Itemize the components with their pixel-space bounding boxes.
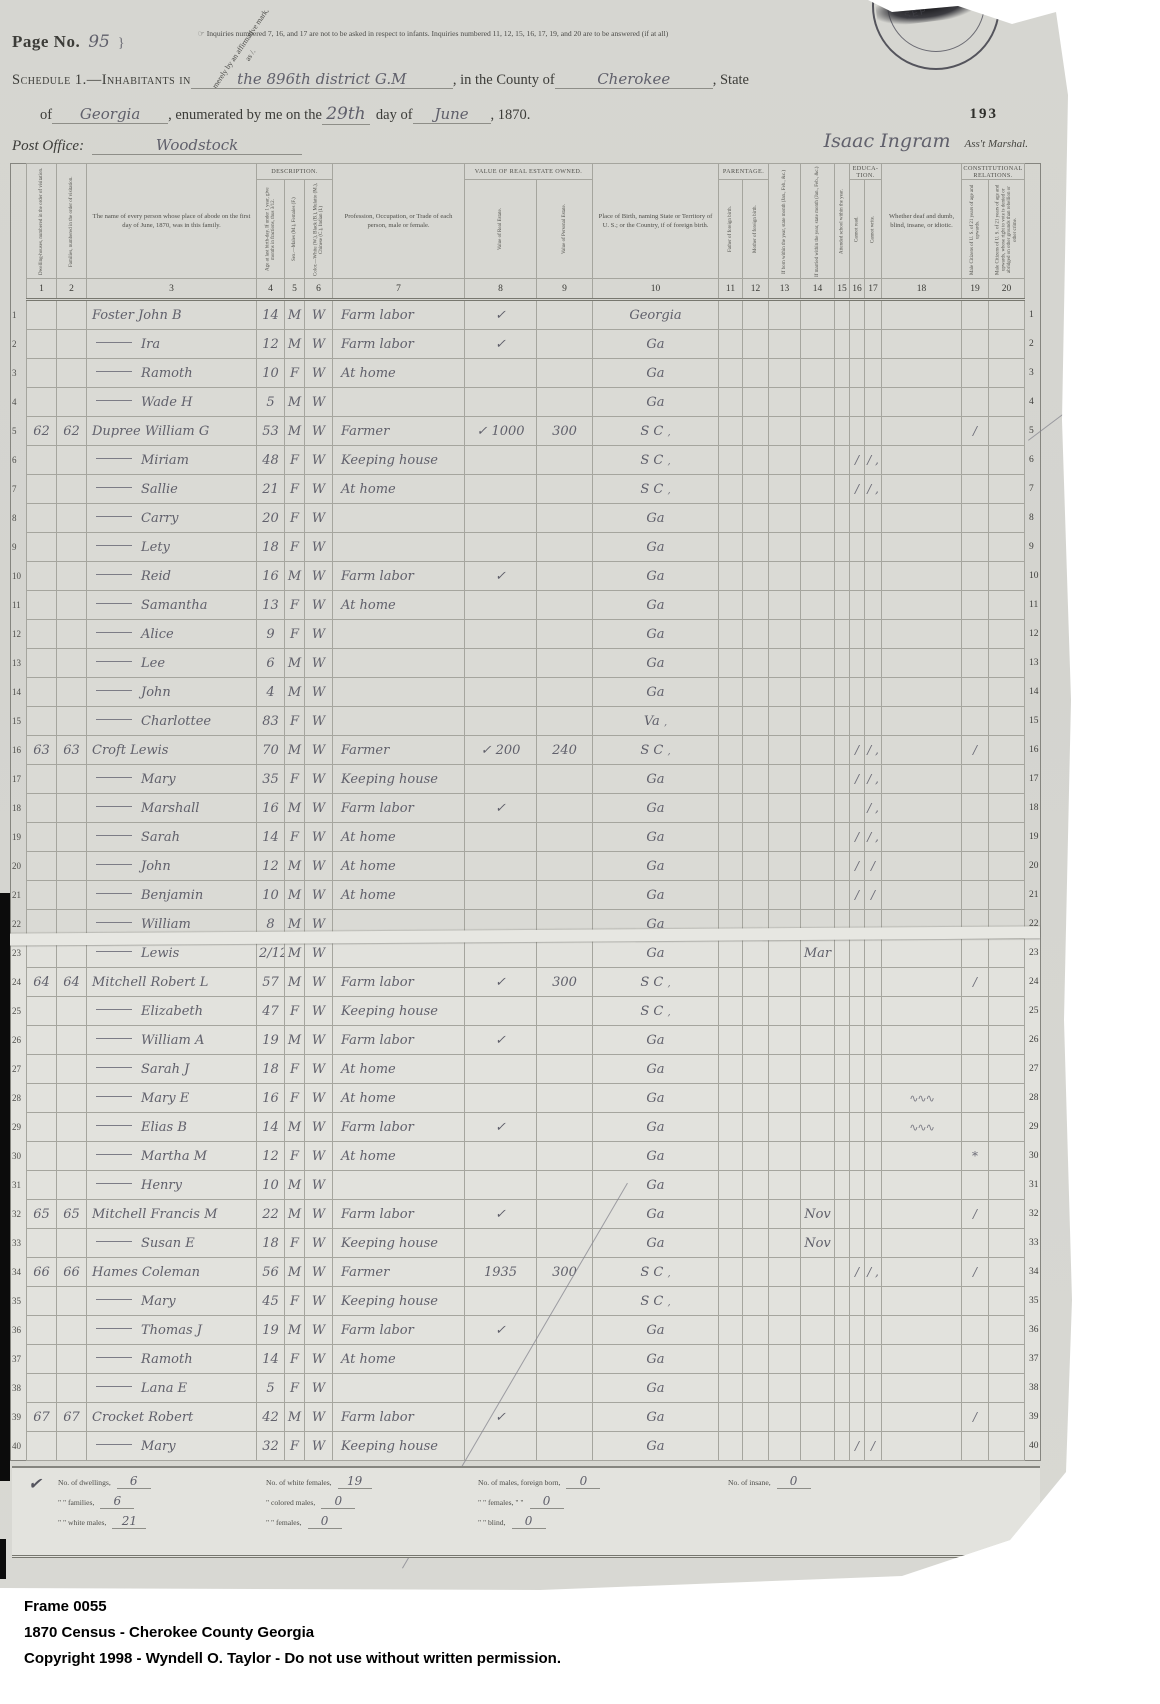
cell-school [835,475,850,504]
line-number-right: 2 [1025,330,1041,359]
cell-father-foreign [719,562,743,591]
cell-born-month [769,1287,801,1316]
cell-color: W [305,1432,333,1461]
cell-cannot-read [850,388,865,417]
cell-disability [882,765,962,794]
cell-birthplace: Ga [593,562,719,591]
cell-sex: M [285,678,305,707]
cell-name: Mary [87,765,257,794]
cell-personal-estate-value [537,939,593,968]
cell-disability [882,475,962,504]
cell-father-foreign [719,678,743,707]
cell-vote-denied [989,359,1025,388]
cell-occupation [333,620,465,649]
ditto-mark [96,487,132,488]
summary-label: " " white males, [58,1518,106,1527]
summary-lead-mark: ✔ [12,1474,58,1555]
cell-personal-estate-value [537,823,593,852]
cell-cannot-read [850,1200,865,1229]
cell-vote-denied [989,1026,1025,1055]
table-row: 3Ramoth10FWAt homeGa3 [11,359,1041,388]
line-number-right: 32 [1025,1200,1041,1229]
cell-age: 12 [257,852,285,881]
cell-cannot-write: / , [865,823,882,852]
cell-cannot-read: / [850,1258,865,1287]
col-num-14: 14 [801,279,835,300]
cell-sex: F [285,1142,305,1171]
cell-vote-denied [989,330,1025,359]
cell-citizen-mark: / [962,1258,989,1287]
cell-citizen-mark [962,1229,989,1258]
cell-name: William A [87,1026,257,1055]
cell-dwelling-number [27,678,57,707]
cell-occupation: Farm labor [333,562,465,591]
cell-citizen-mark [962,997,989,1026]
summary-label: No. of males, foreign born, [478,1478,560,1487]
cell-mother-foreign [743,678,769,707]
cell-dwelling-number [27,1113,57,1142]
cell-school [835,1200,850,1229]
cell-married-month [801,417,835,446]
cell-vote-denied [989,939,1025,968]
line-number-right: 17 [1025,765,1041,794]
cell-real-estate-value: ✓ 1000 [465,417,537,446]
cell-personal-estate-value: 300 [537,968,593,997]
cell-occupation [333,504,465,533]
table-row: 31Henry10MWGa31 [11,1171,1041,1200]
line-number-left: 14 [11,678,27,707]
line-number-right: 39 [1025,1403,1041,1432]
cell-father-foreign [719,591,743,620]
line-number-right: 16 [1025,736,1041,765]
cell-family-number [57,1084,87,1113]
cell-real-estate-value [465,446,537,475]
summary-value: 0 [777,1474,811,1489]
cell-disability [882,852,962,881]
cell-vote-denied [989,1171,1025,1200]
summary-line: No. of males, foreign born,0 [478,1474,728,1489]
cell-color: W [305,1055,333,1084]
cell-name: Dupree William G [87,417,257,446]
cell-real-estate-value: ✓ 200 [465,736,537,765]
cell-vote-denied [989,562,1025,591]
cell-dwelling-number [27,1229,57,1258]
line-number-left: 19 [11,823,27,852]
cell-occupation [333,1374,465,1403]
cell-mother-foreign [743,939,769,968]
cell-personal-estate-value [537,1432,593,1461]
cell-age: 18 [257,533,285,562]
cell-birthplace: Ga [593,765,719,794]
line-number-left: 25 [11,997,27,1026]
post-office-label: Post Office: [12,138,84,155]
cell-mother-foreign [743,794,769,823]
cell-cannot-write: / , [865,736,882,765]
cell-born-month [769,823,801,852]
cell-personal-estate-value [537,475,593,504]
cell-mother-foreign [743,1229,769,1258]
cell-disability [882,330,962,359]
cell-family-number [57,388,87,417]
cell-vote-denied [989,475,1025,504]
cell-born-month [769,446,801,475]
cell-birthplace: Ga [593,852,719,881]
cell-mother-foreign [743,1084,769,1113]
col-head-married-month: If married within the year, state month … [801,164,835,279]
cell-dwelling-number [27,475,57,504]
cell-cannot-write [865,562,882,591]
cell-color: W [305,1403,333,1432]
summary-label: " " families, [58,1498,94,1507]
cell-personal-estate-value [537,620,593,649]
cell-father-foreign [719,1084,743,1113]
summary-col-2: No. of white females,19" colored males,0… [266,1474,478,1555]
cell-age: 22 [257,1200,285,1229]
cell-mother-foreign [743,1432,769,1461]
line-number-left: 27 [11,1055,27,1084]
image-caption: Frame 0055 1870 Census - Cherokee County… [24,1594,561,1672]
cell-vote-denied [989,1229,1025,1258]
cell-born-month [769,1345,801,1374]
cell-married-month [801,1084,835,1113]
cell-vote-denied [989,1287,1025,1316]
cell-citizen-mark [962,1055,989,1084]
cell-age: 32 [257,1432,285,1461]
cell-personal-estate-value [537,649,593,678]
cell-sex: M [285,300,305,330]
cell-name: Elizabeth [87,997,257,1026]
cell-cannot-write [865,330,882,359]
cell-occupation: At home [333,852,465,881]
line-number-left: 1 [11,300,27,330]
cell-mother-foreign [743,300,769,330]
cell-real-estate-value: ✓ [465,300,537,330]
table-row: 25Elizabeth47FWKeeping houseS C ,25 [11,997,1041,1026]
cell-age: 14 [257,300,285,330]
table-row: 9Lety18FWGa9 [11,533,1041,562]
cell-born-month [769,1258,801,1287]
cell-age: 16 [257,562,285,591]
ditto-mark [96,516,132,517]
cell-married-month [801,649,835,678]
cell-citizen-mark [962,359,989,388]
cell-occupation: At home [333,823,465,852]
line-number-right: 27 [1025,1055,1041,1084]
cell-citizen-mark [962,794,989,823]
cell-name: Mitchell Francis M [87,1200,257,1229]
cell-citizen-mark [962,388,989,417]
cell-cannot-read: / [850,1432,865,1461]
cell-real-estate-value [465,475,537,504]
cell-birthplace: Ga [593,881,719,910]
cell-family-number [57,852,87,881]
cell-disability [882,997,962,1026]
cell-birthplace: S C , [593,968,719,997]
cell-disability [882,1055,962,1084]
cell-cannot-write [865,1345,882,1374]
cell-name: Wade H [87,388,257,417]
cell-name: Benjamin [87,881,257,910]
cell-citizen-mark [962,504,989,533]
cell-age: 12 [257,1142,285,1171]
cell-cannot-write: / , [865,794,882,823]
cell-vote-denied [989,968,1025,997]
cell-cannot-read [850,1026,865,1055]
ditto-mark [96,1444,132,1445]
cell-cannot-write [865,1229,882,1258]
cell-cannot-read: / [850,823,865,852]
cell-married-month [801,1287,835,1316]
cell-age: 4 [257,678,285,707]
cell-married-month [801,852,835,881]
cell-school [835,794,850,823]
table-row: 7Sallie21FWAt homeS C ,// ,7 [11,475,1041,504]
cell-real-estate-value [465,1287,537,1316]
cell-cannot-read [850,939,865,968]
cell-married-month [801,388,835,417]
table-row: 12Alice9FWGa12 [11,620,1041,649]
cell-occupation: Keeping house [333,1229,465,1258]
cell-school [835,504,850,533]
cell-father-foreign [719,1113,743,1142]
cell-birthplace: Ga [593,678,719,707]
cell-school [835,1258,850,1287]
day-of-label: day of [376,107,413,124]
cell-dwelling-number [27,1084,57,1113]
col-head-age: Age at last birth-day. If under 1 year, … [257,180,285,279]
cell-name: Alice [87,620,257,649]
cell-cannot-read [850,1403,865,1432]
cell-school [835,852,850,881]
cell-age: 83 [257,707,285,736]
cell-color: W [305,1084,333,1113]
ditto-mark [96,777,132,778]
cell-born-month [769,649,801,678]
line-number-right: 11 [1025,591,1041,620]
cell-personal-estate-value [537,562,593,591]
cell-occupation: Farm labor [333,1200,465,1229]
cell-occupation: Keeping house [333,1432,465,1461]
cell-personal-estate-value [537,765,593,794]
cell-personal-estate-value [537,1171,593,1200]
cell-born-month [769,881,801,910]
cell-occupation: Farm labor [333,1316,465,1345]
cell-color: W [305,1142,333,1171]
of-label: of [40,107,52,124]
cell-cannot-read: / [850,475,865,504]
cell-family-number [57,446,87,475]
cell-mother-foreign [743,852,769,881]
cell-disability [882,707,962,736]
cell-dwelling-number [27,562,57,591]
cell-sex: M [285,1316,305,1345]
cell-sex: M [285,794,305,823]
cell-mother-foreign [743,388,769,417]
cell-sex: F [285,997,305,1026]
cell-married-month [801,794,835,823]
table-row: 10Reid16MWFarm labor✓Ga10 [11,562,1041,591]
cell-father-foreign [719,881,743,910]
cell-age: 12 [257,330,285,359]
cell-cannot-read [850,1142,865,1171]
cell-occupation: Farmer [333,1258,465,1287]
cell-family-number: 66 [57,1258,87,1287]
cell-sex: M [285,1113,305,1142]
cell-color: W [305,1229,333,1258]
cell-family-number: 63 [57,736,87,765]
line-number-right: 15 [1025,707,1041,736]
cell-cannot-write [865,1142,882,1171]
cell-personal-estate-value: 300 [537,417,593,446]
line-number-left: 29 [11,1113,27,1142]
ditto-mark [96,893,132,894]
cell-color: W [305,591,333,620]
line-number-left: 30 [11,1142,27,1171]
cell-name: Carry [87,504,257,533]
census-scan-page: SEP Page No. 95 } ☞ Inquiries numbered 7… [0,0,1075,1592]
cell-cannot-write [865,939,882,968]
cell-dwelling-number: 67 [27,1403,57,1432]
cell-vote-denied [989,417,1025,446]
cell-citizen-mark [962,1026,989,1055]
cell-mother-foreign [743,1258,769,1287]
cell-married-month [801,997,835,1026]
page-no-value: 95 [88,32,110,52]
cell-father-foreign [719,620,743,649]
schedule-label: Schedule 1.—Inhabitants in [12,72,191,89]
county-label: , in the County of [453,72,555,89]
cell-citizen-mark [962,852,989,881]
cell-color: W [305,533,333,562]
cell-married-month [801,330,835,359]
cell-cannot-write [865,1026,882,1055]
cell-real-estate-value: ✓ [465,1403,537,1432]
cell-birthplace: Ga [593,1432,719,1461]
col-head-name: The name of every person whose place of … [87,164,257,279]
cell-married-month [801,591,835,620]
cell-age: 20 [257,504,285,533]
cell-birthplace: Ga [593,1026,719,1055]
cell-cannot-write [865,1287,882,1316]
cell-personal-estate-value [537,881,593,910]
cell-school [835,1113,850,1142]
ditto-mark [96,1386,132,1387]
cell-real-estate-value [465,620,537,649]
cell-cannot-read [850,359,865,388]
cell-sex: M [285,1026,305,1055]
cell-real-estate-value [465,649,537,678]
cell-cannot-write: / , [865,765,882,794]
cell-personal-estate-value [537,1316,593,1345]
group-parentage: PARENTAGE. [719,164,769,180]
cell-vote-denied [989,852,1025,881]
cell-name: Sallie [87,475,257,504]
cell-personal-estate-value [537,1403,593,1432]
col-num-18: 18 [882,279,962,300]
col-head-citizen: Male Citizens of U. S. of 21 years of ag… [962,180,989,279]
col-head-occupation: Profession, Occupation, or Trade of each… [333,164,465,279]
line-number-left: 2 [11,330,27,359]
cell-mother-foreign [743,1055,769,1084]
cell-age: 14 [257,823,285,852]
cell-age: 45 [257,1287,285,1316]
cell-color: W [305,475,333,504]
cell-school [835,765,850,794]
cell-mother-foreign [743,1026,769,1055]
line-number-left: 7 [11,475,27,504]
cell-real-estate-value [465,1229,537,1258]
cell-family-number [57,1171,87,1200]
cell-personal-estate-value [537,1374,593,1403]
ditto-mark [96,574,132,575]
cell-real-estate-value: ✓ [465,562,537,591]
cell-married-month [801,300,835,330]
cell-citizen-mark [962,446,989,475]
cell-real-estate-value [465,881,537,910]
cell-born-month [769,1113,801,1142]
col-num-6: 6 [305,279,333,300]
cell-birthplace: Ga [593,1200,719,1229]
line-number-right: 8 [1025,504,1041,533]
cell-color: W [305,1345,333,1374]
cell-name: Lee [87,649,257,678]
cell-disability [882,1345,962,1374]
cell-sex: M [285,852,305,881]
cell-school [835,736,850,765]
cell-disability [882,1316,962,1345]
cell-married-month: Nov [801,1229,835,1258]
cell-born-month [769,1229,801,1258]
cell-birthplace: Ga [593,1345,719,1374]
cell-family-number [57,562,87,591]
cell-personal-estate-value [537,1345,593,1374]
cell-married-month [801,736,835,765]
ditto-mark [96,1096,132,1097]
cell-family-number [57,1142,87,1171]
table-row: 18Marshall16MWFarm labor✓Ga/ ,18 [11,794,1041,823]
cell-sex: F [285,591,305,620]
cell-personal-estate-value [537,1026,593,1055]
cell-born-month [769,1200,801,1229]
line-number-right: 23 [1025,939,1041,968]
cell-vote-denied [989,446,1025,475]
cell-color: W [305,765,333,794]
cell-father-foreign [719,968,743,997]
cell-name: Sarah J [87,1055,257,1084]
col-num-15: 15 [835,279,850,300]
col-head-cannot-write: Cannot write. [865,180,882,279]
cell-personal-estate-value [537,1055,593,1084]
cell-citizen-mark: / [962,968,989,997]
cell-occupation: At home [333,359,465,388]
cell-birthplace: Ga [593,1374,719,1403]
cell-disability [882,1229,962,1258]
summary-col-4: No. of insane,0 [728,1474,928,1555]
cell-age: 16 [257,794,285,823]
summary-label: " " females, " " [478,1498,524,1507]
caption-copyright: Copyright 1998 - Wyndell O. Taylor - Do … [24,1646,561,1672]
cell-age: 56 [257,1258,285,1287]
col-head-disability: Whether deaf and dumb, blind, insane, or… [882,164,962,279]
day-value: 29th [322,104,370,125]
cell-age: 5 [257,388,285,417]
col-num-11: 11 [719,279,743,300]
cell-occupation: Keeping house [333,765,465,794]
cell-real-estate-value: ✓ [465,794,537,823]
cell-sex: F [285,1055,305,1084]
cell-born-month [769,765,801,794]
cell-real-estate-value [465,504,537,533]
